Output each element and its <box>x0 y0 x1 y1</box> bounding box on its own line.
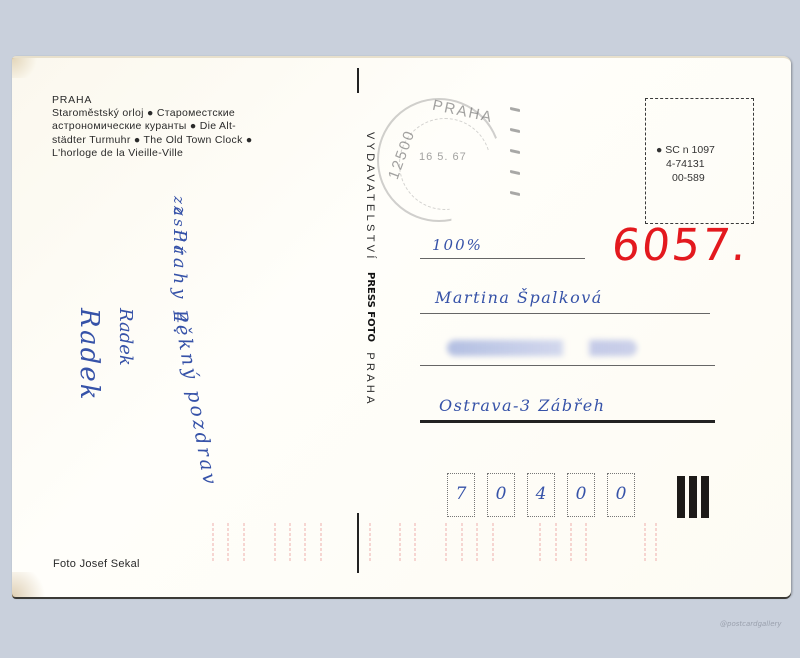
cancellation-wavy-lines <box>510 108 520 213</box>
watermark: @postcardgallery <box>720 620 782 628</box>
postcard-back: PRAHA Staroměstský orloj ● Староместские… <box>12 56 791 597</box>
postmark-date: 16 5. 67 <box>419 151 467 163</box>
publisher-suffix: PRAHA <box>364 352 376 406</box>
pressfoto-logo: PRESS FOTO <box>365 272 376 342</box>
postal-digit-box: 0 <box>567 473 595 517</box>
caption-line: Staroměstský orloj ● Староместские <box>52 107 253 120</box>
recipient-name: Martina Špalková <box>435 288 603 307</box>
caption-line: L'horloge de la Vieille-Ville <box>52 147 253 160</box>
sorting-bars <box>677 476 709 518</box>
stamp-code: 00-589 <box>656 171 715 185</box>
message-line-3: zasílá <box>170 196 188 257</box>
address-rule-1 <box>420 258 585 259</box>
postal-digit-box: 0 <box>607 473 635 517</box>
address-rule-4 <box>420 420 715 423</box>
caption-block: PRAHA Staroměstský orloj ● Староместские… <box>52 94 253 160</box>
publisher-imprint: VYDAVATELSTVÍ PRESS FOTO PRAHA <box>364 132 376 407</box>
postal-digit-box: 0 <box>487 473 515 517</box>
signature-text: Radek <box>115 308 136 366</box>
caption-line: städter Turmuhr ● The Old Town Clock ● <box>52 134 253 147</box>
stamp-code: 4-74131 <box>656 157 715 171</box>
publisher-prefix: VYDAVATELSTVÍ <box>364 132 376 262</box>
stamp-box: ● SC n 1097 4-74131 00-589 <box>645 98 754 224</box>
address-rule-3 <box>420 365 715 366</box>
postal-digit-box: 7 <box>447 473 475 517</box>
postal-digit-box: 4 <box>527 473 555 517</box>
address-line-1: 100% <box>432 236 483 254</box>
pink-sorting-marks <box>12 523 791 563</box>
divider-top <box>357 68 359 93</box>
redacted-street <box>447 340 637 356</box>
signature-scrawl: Radek <box>115 308 136 366</box>
recipient-city: Ostrava-3 Zábřeh <box>439 396 606 415</box>
caption-title: PRAHA <box>52 94 253 107</box>
divider-line <box>357 68 359 578</box>
postal-code-boxes: 7 0 4 0 0 <box>447 473 635 517</box>
message-signature: Radek <box>74 308 104 401</box>
reference-number: 6057. <box>609 220 750 271</box>
address-rule-2 <box>420 313 710 314</box>
caption-line: астрономические куранты ● Die Alt- <box>52 120 253 133</box>
stamp-code: ● SC n 1097 <box>656 143 715 157</box>
stamp-box-codes: ● SC n 1097 4-74131 00-589 <box>656 143 715 185</box>
